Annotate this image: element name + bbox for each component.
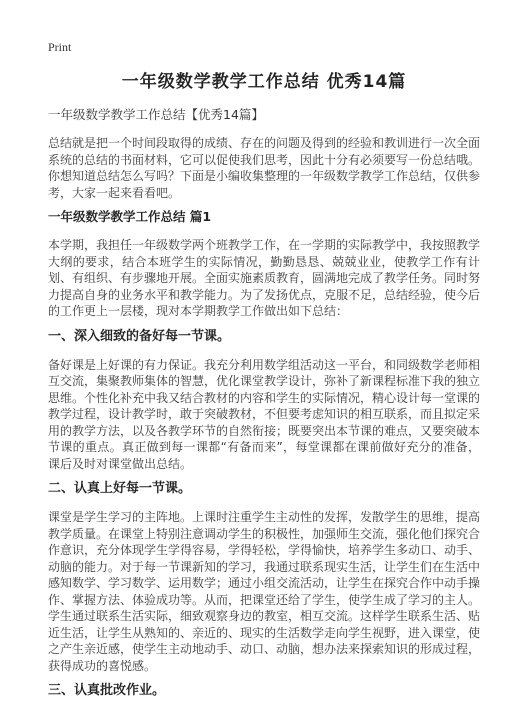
section-paragraph: 课堂是学生学习的主阵地。上课时注重学生主动性的发挥，发散学生的思维，提高教学质量…	[48, 509, 480, 674]
section-paragraph: 备好课是上好课的有力保证。我充分利用数学组活动这一平台，和同级数学老师相互交流，…	[48, 357, 480, 473]
page-title: 一年级数学教学工作总结 优秀14篇	[48, 71, 480, 93]
document-page: Print 一年级数学教学工作总结 优秀14篇 一年级数学教学工作总结【优秀14…	[0, 0, 520, 718]
section-heading: 三、认真批改作业。	[48, 682, 480, 699]
section-2: 二、认真上好每一节课。 课堂是学生学习的主阵地。上课时注重学生主动性的发挥，发散…	[48, 480, 480, 674]
print-button[interactable]: Print	[48, 40, 71, 55]
article-part-heading: 一年级数学教学工作总结 篇1	[48, 209, 480, 225]
section-3: 三、认真批改作业。	[48, 682, 480, 699]
intro-paragraph: 总结就是把一个时间段取得的成绩、存在的问题及得到的经验和教训进行一次全面系统的总…	[48, 135, 480, 201]
section-heading: 二、认真上好每一节课。	[48, 480, 480, 497]
article-subtitle: 一年级数学教学工作总结【优秀14篇】	[48, 106, 480, 123]
section-1: 一、深入细致的备好每一节课。 备好课是上好课的有力保证。我充分利用数学组活动这一…	[48, 328, 480, 473]
article-lead-paragraph: 本学期，我担任一年级数学两个班教学工作，在一学期的实际教学中，我按照教学大纲的要…	[48, 237, 480, 320]
section-heading: 一、深入细致的备好每一节课。	[48, 328, 480, 345]
